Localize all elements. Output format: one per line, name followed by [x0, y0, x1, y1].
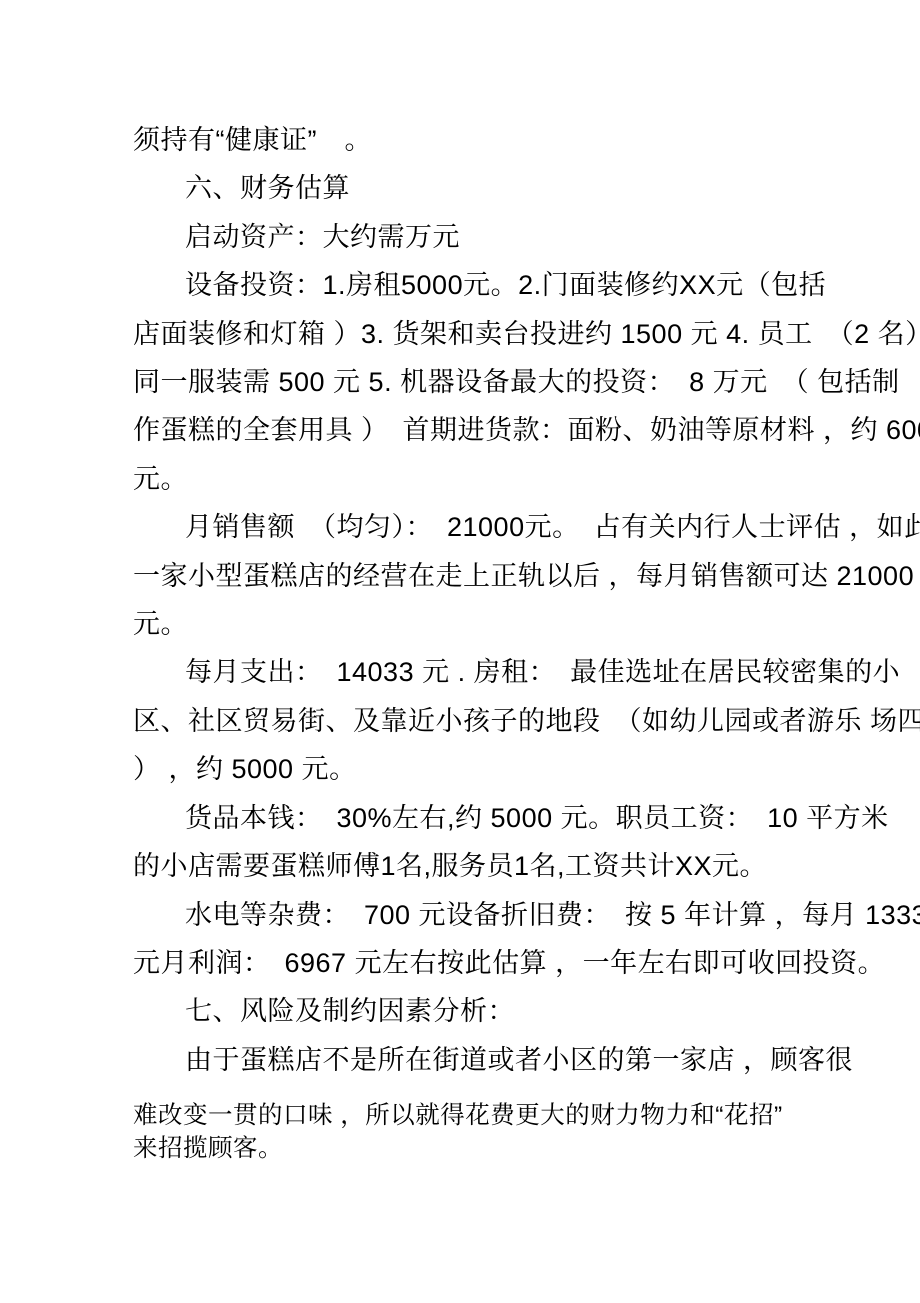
- document-page: 须持有“健康证” 。六、财务估算启动资产：大约需万元设备投资：1.房租5000元…: [0, 0, 920, 1303]
- text-line: 六、财务估算: [185, 164, 920, 212]
- text-line: 每月支出： 14033 元 . 房租： 最佳选址在居民较密集的小: [185, 648, 920, 696]
- text-line: 设备投资：1.房租5000元。2.门面装修约XX元（包括: [185, 261, 920, 309]
- text-line: 店面装修和灯箱 ）3. 货架和卖台投进约 1500 元 4. 员工 （2 名）: [133, 310, 920, 358]
- text-line: 水电等杂费： 700 元设备折旧费： 按 5 年计算 ，每月 1333: [185, 891, 920, 939]
- text-line: 元。: [133, 455, 920, 503]
- document-text-block: 须持有“健康证” 。六、财务估算启动资产：大约需万元设备投资：1.房租5000元…: [133, 116, 920, 1165]
- text-line: 元。: [133, 600, 920, 648]
- text-line: 启动资产：大约需万元: [185, 213, 920, 261]
- text-line: 区、社区贸易街、及靠近小孩子的地段 （如幼儿园或者游乐 场四周: [133, 697, 920, 745]
- text-line: 七、风险及制约因素分析：: [185, 987, 920, 1035]
- text-line: 的小店需要蛋糕师傅1名,服务员1名,工资共计XX元。: [133, 842, 920, 890]
- text-line: 货品本钱： 30%左右,约 5000 元。职员工资： 10 平方米: [185, 794, 920, 842]
- text-line: 来招揽顾客。: [133, 1132, 920, 1165]
- text-line: ） ，约 5000 元。: [133, 745, 920, 793]
- text-line: 须持有“健康证” 。: [133, 116, 920, 164]
- text-line: 月销售额 （均匀）： 21000元。 占有关内行人士评估 ，如此: [185, 503, 920, 551]
- text-line: 作蛋糕的全套用具 ） 首期进货款：面粉、奶油等原材料 ，约 6000: [133, 406, 920, 454]
- text-line: 同一服装需 500 元 5. 机器设备最大的投资： 8 万元 （ 包括制: [133, 358, 920, 406]
- text-line: 难改变一贯的口味 ，所以就得花费更大的财力物力和“花招”: [133, 1099, 920, 1132]
- text-line: 一家小型蛋糕店的经营在走上正轨以后 ，每月销售额可达 21000: [133, 552, 920, 600]
- text-line: 元月利润： 6967 元左右按此估算 ，一年左右即可收回投资。: [133, 939, 920, 987]
- text-line: 由于蛋糕店不是所在街道或者小区的第一家店 ，顾客很: [185, 1036, 920, 1084]
